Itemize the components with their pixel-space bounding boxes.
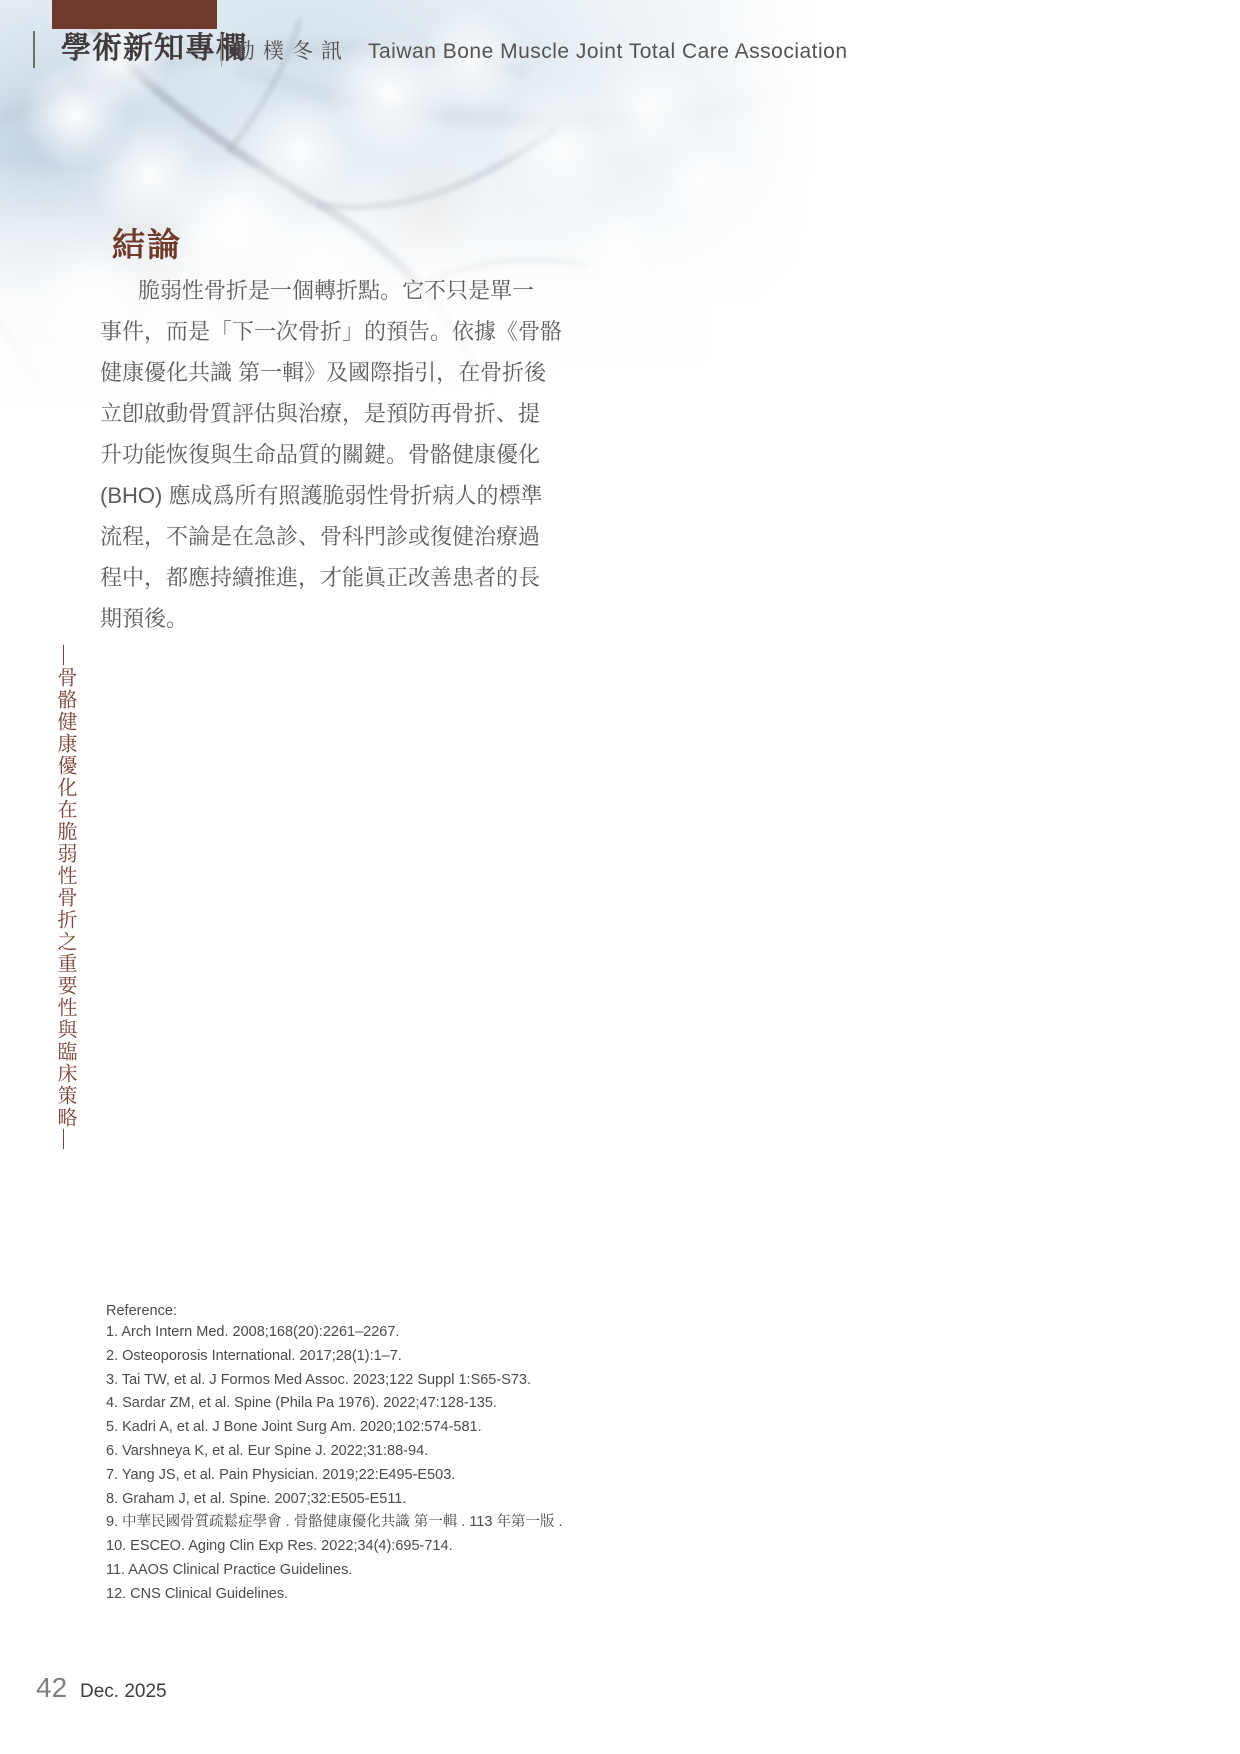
reference-item: 8. Graham J, et al. Spine. 2007;32:E505-…	[106, 1488, 563, 1512]
association-name: Taiwan Bone Muscle Joint Total Care Asso…	[368, 38, 848, 65]
header-left-rule	[33, 31, 35, 68]
issue-date: Dec. 2025	[80, 1681, 167, 1703]
issue-title: 勤樸冬訊	[234, 39, 350, 65]
reference-item: 7. Yang JS, et al. Pain Physician. 2019;…	[106, 1464, 563, 1488]
header-accent-block	[52, 0, 217, 29]
reference-label: Reference:	[106, 1302, 563, 1321]
reference-item: 1. Arch Intern Med. 2008;168(20):2261–22…	[106, 1321, 563, 1345]
article-vertical-title: —骨骼健康優化在脆弱性骨折之重要性與臨床策略—	[50, 645, 80, 1185]
reference-item: 4. Sardar ZM, et al. Spine (Phila Pa 197…	[106, 1392, 563, 1416]
reference-item: 9. 中華民國骨質疏鬆症學會 . 骨骼健康優化共識 第一輯 . 113 年第一版…	[106, 1511, 563, 1535]
reference-item: 5. Kadri A, et al. J Bone Joint Surg Am.…	[106, 1416, 563, 1440]
page-number: 42	[36, 1673, 67, 1703]
magazine-page: 學術新知專欄 勤樸冬訊 Taiwan Bone Muscle Joint Tot…	[0, 0, 1240, 1754]
header-divider	[221, 34, 222, 67]
column-title: 學術新知專欄	[61, 31, 247, 67]
reference-item: 6. Varshneya K, et al. Eur Spine J. 2022…	[106, 1440, 563, 1464]
reference-list: Reference: 1. Arch Intern Med. 2008;168(…	[106, 1302, 563, 1607]
article-paragraph: 脆弱性骨折是一個轉折點。它不只是單一 事件，而是「下一次骨折」的預告。依據《骨骼…	[100, 270, 570, 639]
reference-item: 12. CNS Clinical Guidelines.	[106, 1583, 563, 1607]
reference-item: 2. Osteoporosis International. 2017;28(1…	[106, 1345, 563, 1369]
section-heading: 結論	[112, 227, 182, 265]
reference-item: 3. Tai TW, et al. J Formos Med Assoc. 20…	[106, 1369, 563, 1393]
reference-item: 10. ESCEO. Aging Clin Exp Res. 2022;34(4…	[106, 1535, 563, 1559]
reference-item: 11. AAOS Clinical Practice Guidelines.	[106, 1559, 563, 1583]
